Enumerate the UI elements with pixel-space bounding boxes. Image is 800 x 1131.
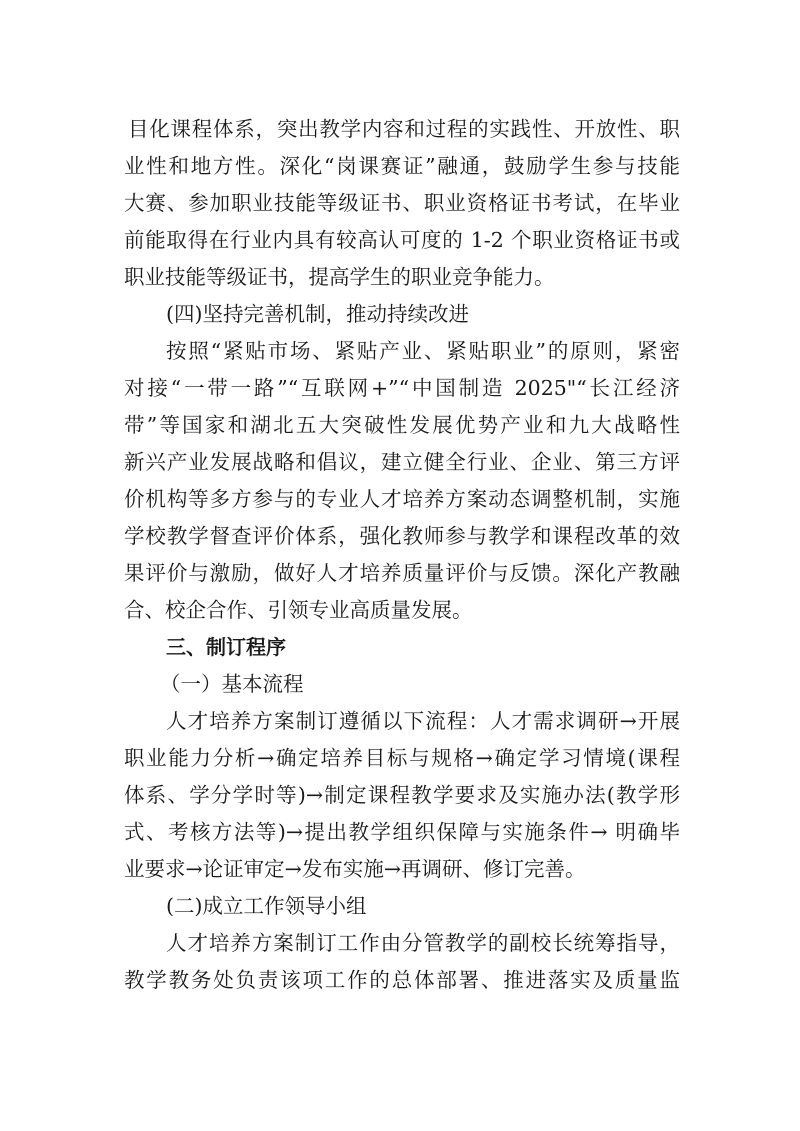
paragraph-line: 价机构等多方参与的专业人才培养方案动态调整机制，实施 — [124, 484, 680, 514]
paragraph-line: 大赛、参加职业技能等级证书、职业资格证书考试，在毕业 — [124, 188, 680, 218]
document-page: 目化课程体系，突出教学内容和过程的实践性、开放性、职 业性和地方性。深化“岗课赛… — [0, 0, 800, 1131]
paragraph-line: 新兴产业发展战略和倡议，建立健全行业、企业、第三方评 — [124, 447, 680, 477]
paragraph-line: 体系、学分学时等)→制定课程教学要求及实施办法(教学形 — [124, 780, 680, 810]
paragraph-line: 人才培养方案制订工作由分管教学的副校长统筹指导， — [166, 928, 680, 958]
paragraph-line: 式、考核方法等)→提出教学组织保障与实施条件→ 明确毕 — [124, 817, 680, 847]
paragraph-line: 按照“紧贴市场、紧贴产业、紧贴职业”的原则，紧密 — [166, 336, 680, 366]
subsection-heading-2: (二)成立工作领导小组 — [166, 891, 680, 921]
section-heading-4: (四)坚持完善机制，推动持续改进 — [166, 299, 680, 329]
paragraph-line: 目化课程体系，突出教学内容和过程的实践性、开放性、职 — [128, 114, 680, 144]
paragraph-line: 合、校企合作、引领专业高质量发展。 — [124, 595, 680, 625]
paragraph-line: 带”等国家和湖北五大突破性发展优势产业和九大战略性 — [124, 410, 680, 440]
paragraph-line: 业性和地方性。深化“岗课赛证”融通，鼓励学生参与技能 — [124, 151, 680, 181]
paragraph-line: 业要求→论证审定→发布实施→再调研、修订完善。 — [124, 854, 680, 884]
paragraph-line: 前能取得在行业内具有较高认可度的 1-2 个职业资格证书或 — [124, 225, 680, 255]
chapter-heading: 三、制订程序 — [166, 632, 680, 662]
paragraph-line: 教学教务处负责该项工作的总体部署、推进落实及质量监 — [124, 965, 680, 995]
paragraph-line: 果评价与激励，做好人才培养质量评价与反馈。深化产教融 — [124, 558, 680, 588]
subsection-heading-1: （一）基本流程 — [160, 669, 674, 699]
paragraph-line: 职业技能等级证书，提高学生的职业竞争能力。 — [124, 262, 680, 292]
paragraph-line: 对接“一带一路”“互联网+”“中国制造 2025"“长江经济 — [124, 373, 680, 403]
paragraph-line: 人才培养方案制订遵循以下流程：人才需求调研→开展 — [166, 706, 680, 736]
paragraph-line: 职业能力分析→确定培养目标与规格→确定学习情境(课程 — [124, 743, 680, 773]
paragraph-line: 学校教学督查评价体系，强化教师参与教学和课程改革的效 — [124, 521, 680, 551]
